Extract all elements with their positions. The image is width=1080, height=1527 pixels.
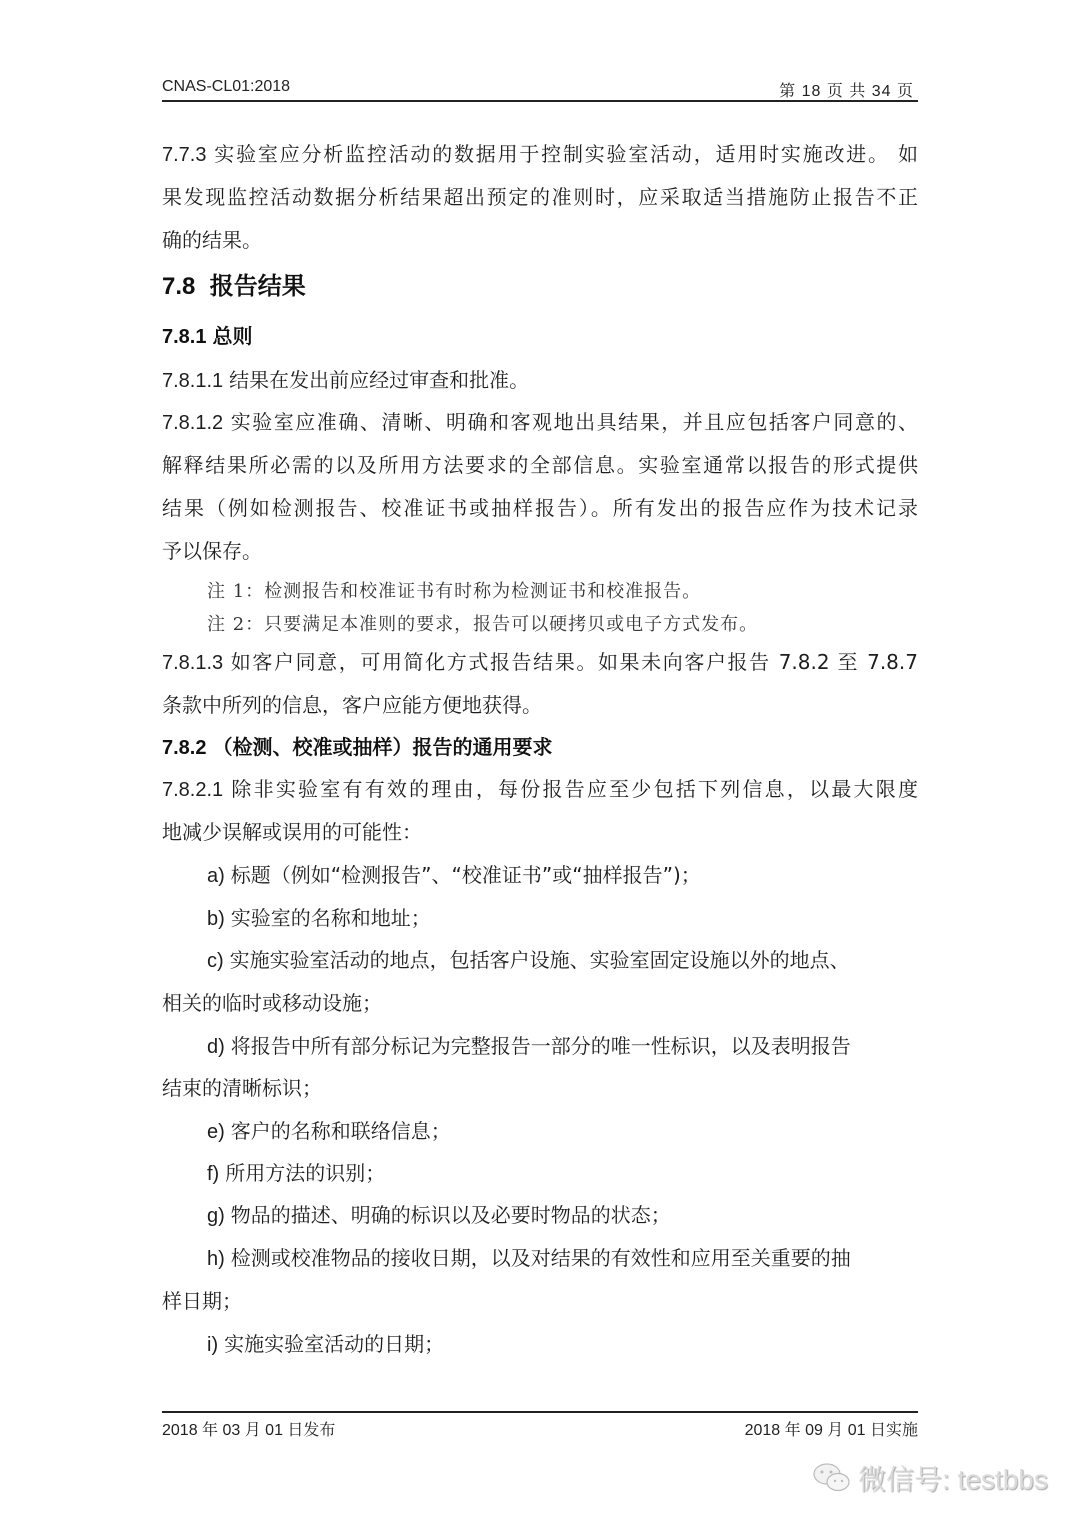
paragraph-7-8-2-1-line-1: 7.8.2.1除非实验室有有效的理由，每份报告应至少包括下列信息，以最大限度 [162, 775, 918, 804]
list-item-b: b)实验室的名称和地址； [207, 904, 967, 933]
paragraph-7-8-1-3-line-1: 7.8.1.3如客户同意，可用简化方式报告结果。如果未向客户报告 7.8.2 至… [162, 648, 918, 677]
document-id: CNAS-CL01:2018 [162, 78, 290, 96]
list-item-f: f)所用方法的识别； [207, 1159, 967, 1188]
publish-date: 2018 年 03 月 01 日发布 [162, 1417, 335, 1440]
list-item-h-line-1: h)检测或校准物品的接收日期，以及对结果的有效性和应用至关重要的抽 [207, 1244, 967, 1273]
wechat-watermark: 微信号: testbbs [812, 1458, 1048, 1498]
page-footer: 2018 年 03 月 01 日发布 2018 年 09 月 01 日实施 [162, 1417, 918, 1441]
header-rule [162, 100, 918, 102]
watermark-text: 微信号: testbbs [858, 1458, 1048, 1498]
paragraph-7-8-1-2-line-1: 7.8.1.2实验室应准确、清晰、明确和客观地出具结果，并且应包括客户同意的、 [162, 408, 918, 437]
paragraph-7-8-1-2-line-3: 结果（例如检测报告、校准证书或抽样报告）。所有发出的报告应作为技术记录 [162, 494, 918, 522]
paragraph-7-8-1-2-line-4: 予以保存。 [162, 537, 922, 565]
subsection-heading-7-8-2: 7.8.2（检测、校准或抽样）报告的通用要求 [162, 733, 922, 762]
list-item-d-line-2: 结束的清晰标识； [162, 1074, 922, 1102]
paragraph-7-7-3-line-2: 果发现监控活动数据分析结果超出预定的准则时，应采取适当措施防止报告不正 [162, 183, 918, 211]
list-item-h-line-2: 样日期； [162, 1287, 922, 1315]
wechat-icon [812, 1461, 852, 1495]
subsection-heading-7-8-1: 7.8.1总则 [162, 322, 922, 351]
list-item-d-line-1: d)将报告中所有部分标记为完整报告一部分的唯一性标识，以及表明报告 [207, 1032, 967, 1061]
paragraph-7-8-1-1: 7.8.1.1结果在发出前应经过审查和批准。 [162, 366, 922, 395]
paragraph-7-7-3-line-1: 7.7.3实验室应分析监控活动的数据用于控制实验室活动，适用时实施改进。 如 [162, 140, 918, 169]
list-item-c-line-2: 相关的临时或移动设施； [162, 989, 922, 1017]
page-number: 第 18 页 共 34 页 [779, 78, 914, 101]
effective-date: 2018 年 09 月 01 日实施 [745, 1417, 918, 1440]
page-header: CNAS-CL01:2018 第 18 页 共 34 页 [162, 76, 918, 100]
list-item-g: g)物品的描述、明确的标识以及必要时物品的状态； [207, 1201, 967, 1230]
footer-rule [162, 1411, 918, 1413]
list-item-c-line-1: c)实施实验室活动的地点，包括客户设施、实验室固定设施以外的地点、 [207, 946, 967, 975]
list-item-e: e)客户的名称和联络信息； [207, 1117, 967, 1146]
note-2: 注 2：只要满足本准则的要求，报告可以硬拷贝或电子方式发布。 [207, 611, 967, 639]
list-item-i: i)实施实验室活动的日期； [207, 1330, 967, 1359]
paragraph-7-8-2-1-line-2: 地减少误解或误用的可能性： [162, 818, 922, 846]
paragraph-7-7-3-line-3: 确的结果。 [162, 226, 922, 254]
paragraph-7-8-1-3-line-2: 条款中所列的信息，客户应能方便地获得。 [162, 691, 922, 719]
section-heading-7-8: 7.8 报告结果 [162, 272, 922, 301]
note-1: 注 1：检测报告和校准证书有时称为检测证书和校准报告。 [207, 578, 967, 606]
document-page: CNAS-CL01:2018 第 18 页 共 34 页 7.7.3实验室应分析… [0, 0, 1080, 1527]
paragraph-7-8-1-2-line-2: 解释结果所必需的以及所用方法要求的全部信息。实验室通常以报告的形式提供 [162, 451, 918, 479]
list-item-a: a)标题（例如“检测报告”、“校准证书”或“抽样报告”)； [207, 861, 967, 890]
